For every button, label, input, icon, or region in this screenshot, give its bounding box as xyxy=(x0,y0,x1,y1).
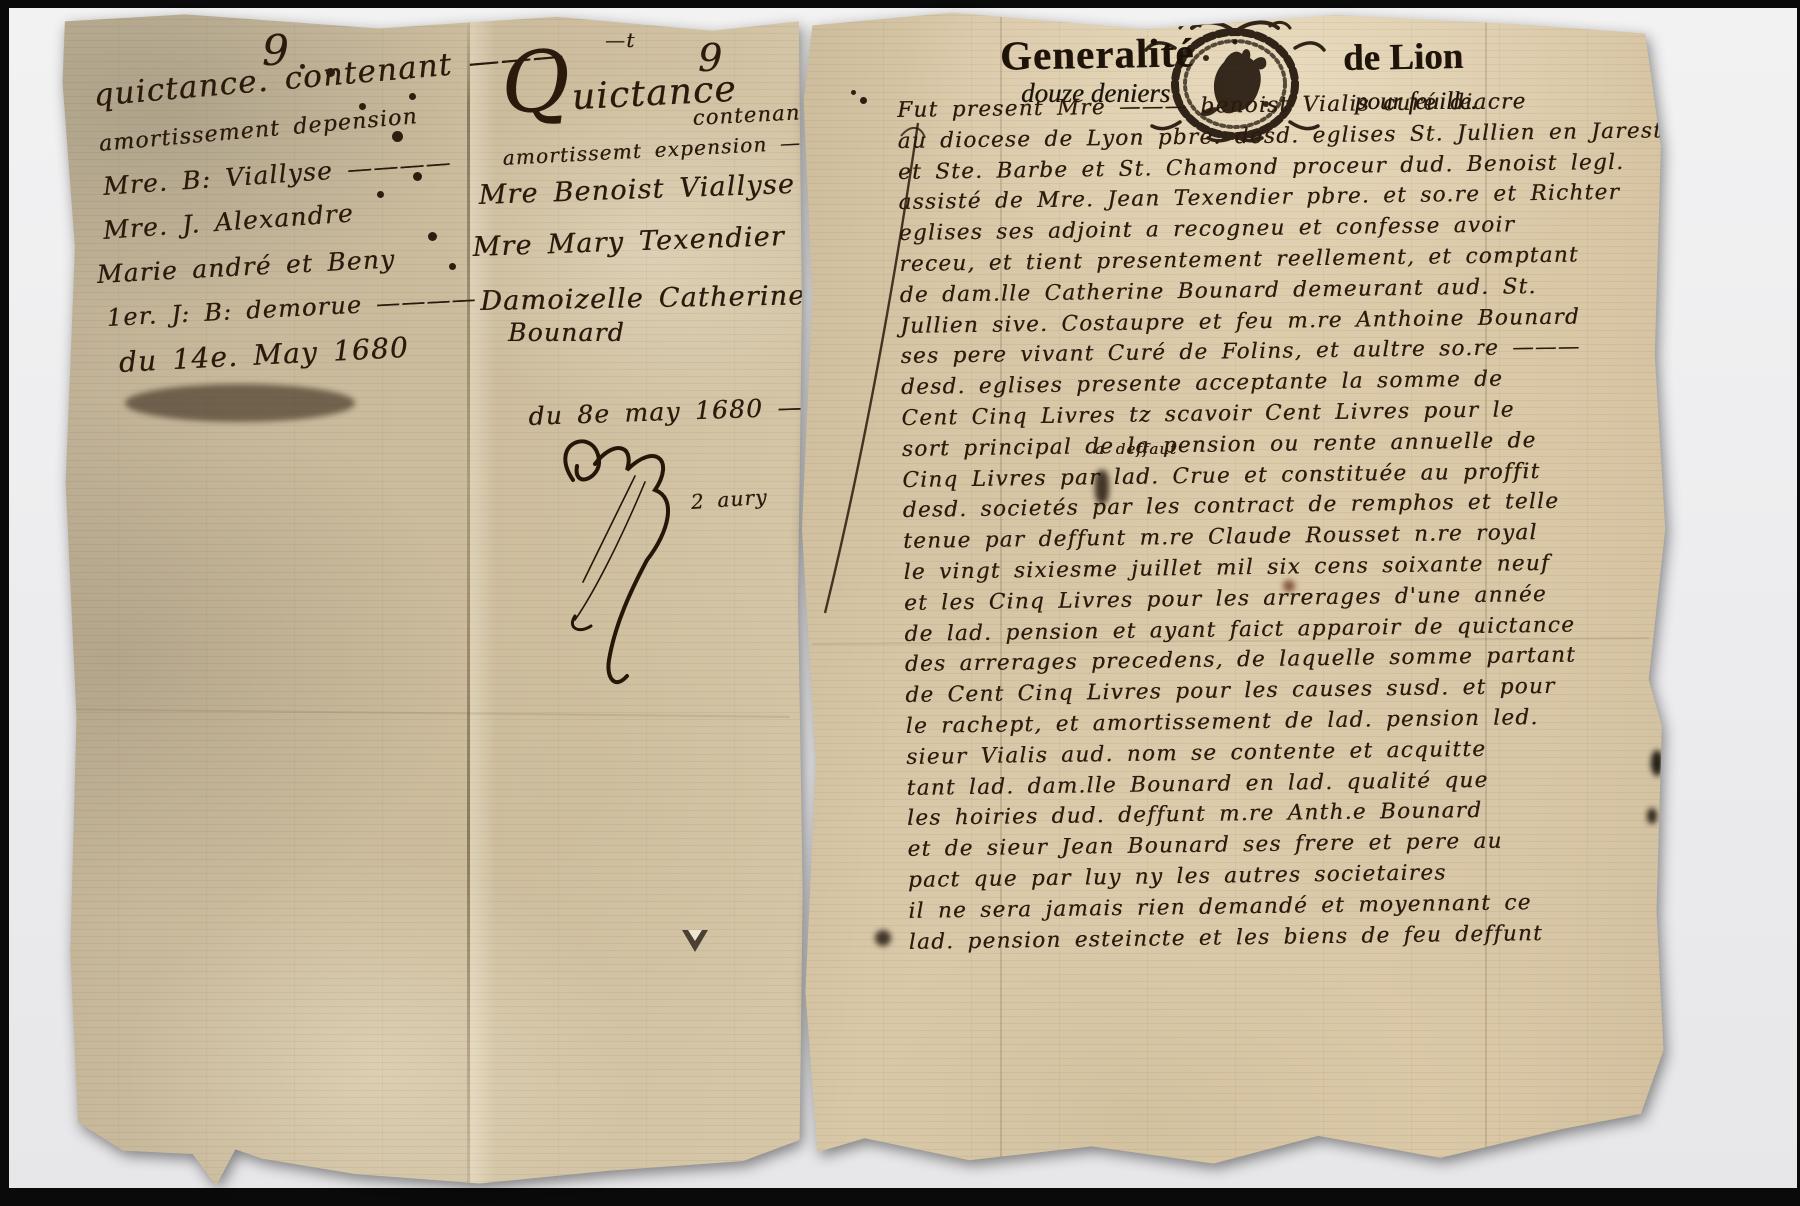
docket-line: Mre. J. Alexandre xyxy=(102,198,355,244)
right-sheet-paper: Generalité douze deniers de Lion pour fe… xyxy=(795,8,1667,1166)
docket-line: Bounard xyxy=(508,318,625,347)
date-line: du 8e may 1680 —— xyxy=(528,391,830,430)
punched-hole xyxy=(682,930,708,952)
docket-line: 1er. J: B: demorue ———— xyxy=(106,285,477,332)
left-sheet-paper: 9 quictance. contenant ——— amortissement… xyxy=(30,12,805,1187)
ink-speckles xyxy=(851,90,856,95)
top-mark: —t xyxy=(605,28,635,52)
deed-body: Fut present Mre ——— benoist Vialis curé … xyxy=(897,85,1687,958)
ink-smudge xyxy=(125,384,355,422)
signature-paraph xyxy=(535,432,715,702)
left-folded-sheet: 9 quictance. contenant ——— amortissement… xyxy=(30,12,805,1187)
horizontal-crease xyxy=(46,708,790,718)
docket-line: Mre Benoist Viallyse xyxy=(478,169,796,211)
right-deed-sheet: Generalité douze deniers de Lion pour fe… xyxy=(795,8,1667,1166)
docket-line: quictance. contenant ——— xyxy=(92,37,566,114)
docket-line: amortissement depension xyxy=(98,104,419,157)
hole-flap-highlight xyxy=(688,930,702,941)
docket-line: Marie andré et Beny xyxy=(96,244,396,289)
punched-hole xyxy=(875,930,891,946)
interline-note: a deffaut xyxy=(1095,440,1177,458)
date-line: du 14e. May 1680 xyxy=(118,331,410,379)
docket-line: amortissemt expension ——— xyxy=(502,128,844,170)
printed-de-lion: de Lion xyxy=(1343,35,1464,80)
center-fold-crease xyxy=(467,12,470,1187)
docket-line: Mre. B: Viallyse ———— xyxy=(102,148,453,201)
docket-line: Damoizelle Catherine — xyxy=(480,280,849,317)
docket-line: Mre Mary Texendier xyxy=(472,221,785,263)
